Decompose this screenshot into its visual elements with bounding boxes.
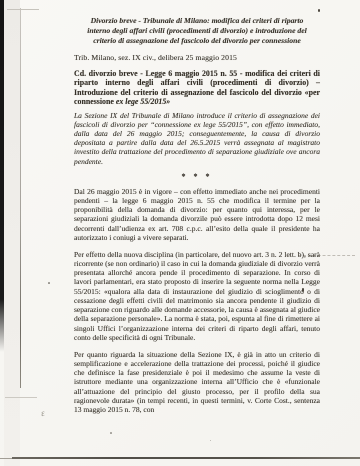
heading-emphasis: ex lege 55/2015»	[116, 97, 170, 106]
scan-speck	[110, 432, 112, 434]
body-paragraph: Dal 26 maggio 2015 è in vigore – con eff…	[74, 187, 320, 243]
page-edge-line	[20, 8, 21, 388]
document-heading: Cd. divorzio breve - Legge 6 maggio 2015…	[74, 69, 320, 107]
scan-speck	[48, 282, 50, 284]
page-fold-line	[5, 397, 37, 398]
page-bottom-edge-faint	[0, 458, 12, 459]
heading-main: Cd. divorzio breve - Legge 6 maggio 2015…	[74, 69, 320, 107]
court-reference: Trib. Milano, sez. IX civ., delibera 25 …	[74, 53, 320, 63]
scan-speck	[318, 9, 320, 12]
pencil-mark: ε	[40, 408, 46, 419]
scan-speck	[210, 440, 211, 441]
document-title: Divorzio breve - Tribunale di Milano: mo…	[74, 16, 320, 46]
body-paragraph: Per quanto riguarda la situazione della …	[74, 350, 320, 415]
scanned-document-page: ε Divorzio breve - Tribunale di Milano: …	[0, 0, 360, 466]
body-paragraph: Per effetto della nuova disciplina (in p…	[74, 250, 320, 343]
section-separator: * * *	[74, 172, 320, 181]
page-corner-line	[7, 9, 39, 10]
page-bottom-edge	[12, 457, 360, 459]
document-content: Divorzio breve - Tribunale di Milano: mo…	[74, 16, 320, 422]
abstract-paragraph: La Sezione IX del Tribunale di Milano in…	[74, 111, 320, 166]
